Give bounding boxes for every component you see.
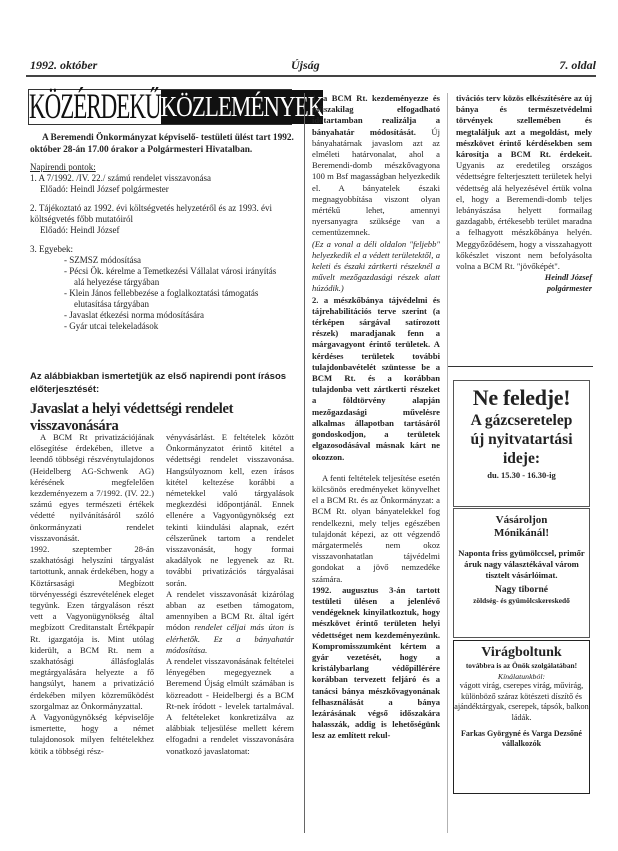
paragraph: vényvásárlást. E feltételek között Önkor… <box>166 432 294 589</box>
agenda: Napirendi pontok: 1. A 7/1992. /IV. 22./… <box>30 162 300 332</box>
section-divider <box>448 366 593 367</box>
agenda-item-1: 1. A 7/1992. /IV. 22./ számú rendelet vi… <box>30 173 300 184</box>
paragraph: A rendelet visszavonásának feltételei lé… <box>166 656 294 757</box>
paragraph: 1. a BCM Rt. kezdeményezze és műszakilag… <box>312 93 440 239</box>
lead-paragraph: Az alábbiakban ismertetjük az első napir… <box>30 370 300 396</box>
column-divider <box>447 93 448 833</box>
agenda-subitem-cont: alá helyezése tárgyában <box>30 277 300 288</box>
column-divider <box>304 93 305 833</box>
page-number: 7. oldal <box>559 58 596 73</box>
paragraph: 1992. augusztus 3-án tartott testületi ü… <box>312 585 440 742</box>
agenda-subitem: - Gyár utcai telekeladások <box>30 321 300 332</box>
agenda-item-1-speaker: Előadó: Heindl József polgármester <box>30 184 300 195</box>
florist-ad: Virágboltunk továbbra is az Önök szolgál… <box>453 640 590 794</box>
section-banner: KÖZÉRDEKŰ KÖZLEMÉNYEK <box>28 89 292 125</box>
article-column-2: vényvásárlást. E feltételek között Önkor… <box>166 432 294 757</box>
article-column-4: tivációs terv közös elkészítésére az új … <box>456 93 592 294</box>
paragraph: A fenti feltételek teljesítése esetén kö… <box>312 473 440 585</box>
grocer-ad: Vásároljon Mónikánál! Naponta friss gyüm… <box>453 508 590 638</box>
paragraph: A BCM Rt privatizációjának elősegítése é… <box>30 432 154 544</box>
paragraph: 1992. szeptember 28-án szakhatósági hely… <box>30 544 154 712</box>
newspaper-name: Újság <box>291 58 320 73</box>
header-divider <box>26 75 596 77</box>
banner-word-public: KÖZÉRDEKŰ <box>29 86 161 129</box>
ad-headline: Ne feledje! <box>454 385 589 411</box>
gas-exchange-ad: Ne feledje! A gázcseretelep új nyitvatar… <box>453 380 590 507</box>
meeting-announcement: A Beremendi Önkormányzat képviselő- test… <box>30 132 300 156</box>
agenda-subitem: - Javaslat étkezési norma módosítására <box>30 310 300 321</box>
paragraph: A rendelet visszavonását kizárólag abban… <box>166 589 294 656</box>
paragraph: 2. a mészkőbánya tájvédelmi és tájrehabi… <box>312 295 440 463</box>
agenda-heading: Napirendi pontok: <box>30 162 300 173</box>
agenda-item-2: 2. Tájékoztató az 1992. évi költségvetés… <box>30 203 300 225</box>
agenda-subitem: - Klein János fellebbezése a foglalkozta… <box>30 288 300 299</box>
banner-word-announcements: KÖZLEMÉNYEK <box>161 90 324 124</box>
agenda-subitem-cont: elutasítása tárgyában <box>30 299 300 310</box>
article-title: Javaslat a helyi védettségi rendelet vis… <box>30 401 305 435</box>
vendor-name: Nagy tiborné <box>454 585 589 596</box>
paragraph: A Vagyonügynökség képviselője ismertette… <box>30 712 154 757</box>
opening-hours: du. 15.30 - 16.30-ig <box>454 470 589 480</box>
agenda-item-2-speaker: Előadó: Heindl József <box>30 225 300 236</box>
signature: Heindl József polgármester <box>456 272 592 294</box>
italic-note: (Ez a vonal a déli oldalon "feljebb" hel… <box>312 239 440 295</box>
paragraph: tivációs terv közös elkészítésére az új … <box>456 93 592 272</box>
article-column-3: 1. a BCM Rt. kezdeményezze és műszakilag… <box>312 93 440 742</box>
vendor-name: Farkas Györgyné és Varga Dezsőné vállalk… <box>454 729 589 749</box>
article-column-1: A BCM Rt privatizációjának elősegítése é… <box>30 432 154 757</box>
agenda-subitem: - SZMSZ módosítása <box>30 255 300 266</box>
agenda-item-3: 3. Egyebek: <box>30 244 300 255</box>
agenda-subitem: - Pécsi Ök. kérelme a Temetkezési Vállal… <box>30 266 300 277</box>
issue-date: 1992. október <box>30 58 97 73</box>
page-header: 1992. október Újság 7. oldal <box>26 58 596 74</box>
